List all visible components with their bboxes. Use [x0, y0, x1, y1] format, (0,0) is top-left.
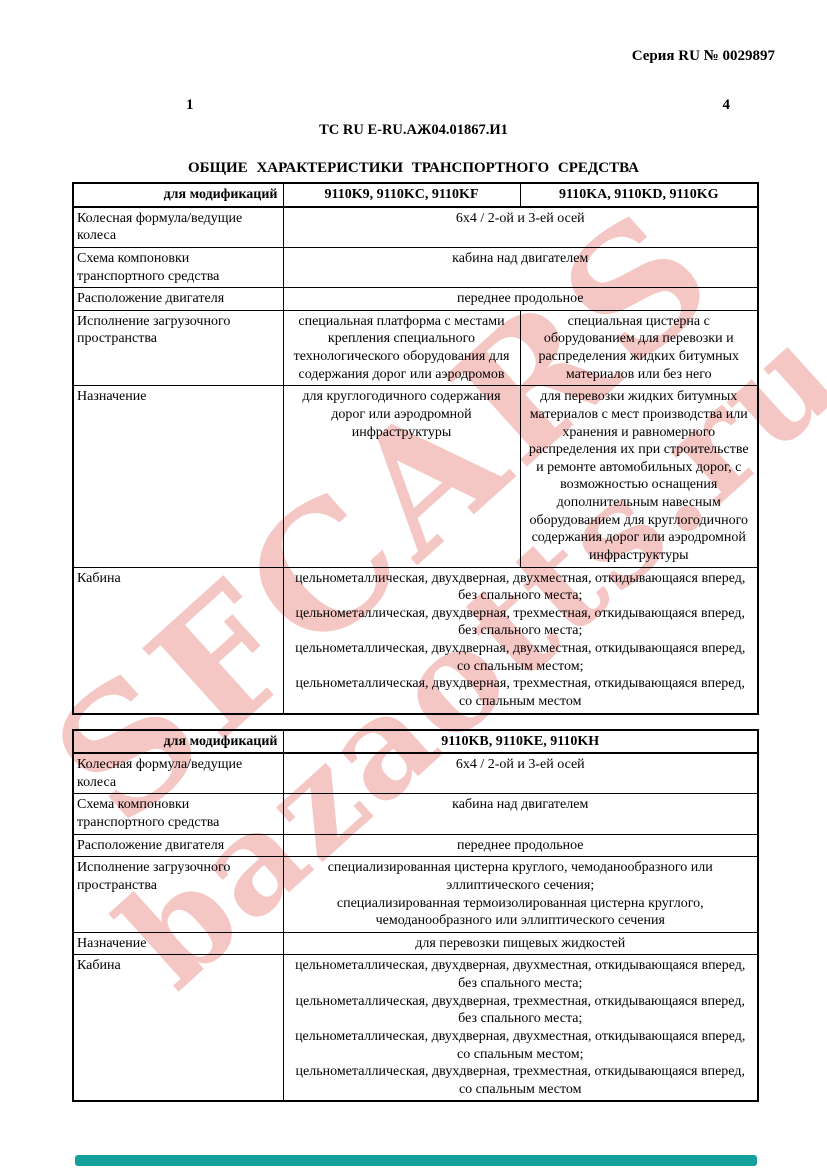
table-row: Назначение для перевозки пищевых жидкост… — [73, 932, 758, 955]
row-value: 6х4 / 2-ой и 3-ей осей — [283, 207, 758, 248]
horizontal-scrollbar[interactable] — [75, 1155, 757, 1166]
page-number-right: 4 — [723, 97, 731, 114]
row-label: Кабина — [73, 955, 283, 1102]
row-label: Колесная формула/ведущие колеса — [73, 753, 283, 794]
table-row: Кабина цельнометаллическая, двухдверная,… — [73, 955, 758, 1102]
row-label: Исполнение загрузочного пространства — [73, 310, 283, 386]
t1-header-mods-1: 9110K9, 9110KC, 9110KF — [283, 183, 520, 207]
t2-header-mods: 9110KB, 9110KE, 9110KH — [283, 730, 758, 754]
table-row: Расположение двигателя переднее продольн… — [73, 834, 758, 857]
table-row: Расположение двигателя переднее продольн… — [73, 288, 758, 311]
row-label: Схема компоновки транспортного средства — [73, 794, 283, 834]
row-label: Схема компоновки транспортного средства — [73, 247, 283, 287]
row-label: Исполнение загрузочного пространства — [73, 857, 283, 933]
row-value-col2: специальная цистерна с оборудованием для… — [520, 310, 758, 386]
row-value: кабина над двигателем — [283, 794, 758, 834]
row-label: Назначение — [73, 932, 283, 955]
row-value-col2: для перевозки жидких битумных материалов… — [520, 386, 758, 567]
table-row: Колесная формула/ведущие колеса 6х4 / 2-… — [73, 207, 758, 248]
page-number-left: 1 — [186, 97, 194, 114]
row-label: Расположение двигателя — [73, 288, 283, 311]
table-row: Назначение для круглогодичного содержани… — [73, 386, 758, 567]
document-page: SFCARS bazaotts.ru Серия RU № 0029897 1 … — [0, 0, 827, 1170]
table-row: Схема компоновки транспортного средства … — [73, 794, 758, 834]
row-label: Назначение — [73, 386, 283, 567]
table-row: Исполнение загрузочного пространства спе… — [73, 310, 758, 386]
table-row: для модификаций 9110KB, 9110KE, 9110KH — [73, 730, 758, 754]
row-value: кабина над двигателем — [283, 247, 758, 287]
table-gap — [0, 715, 827, 729]
series-number: Серия RU № 0029897 — [0, 0, 827, 65]
row-value: переднее продольное — [283, 834, 758, 857]
row-label: Колесная формула/ведущие колеса — [73, 207, 283, 248]
row-value-col1: для круглогодичного содержания дорог или… — [283, 386, 520, 567]
table-row: для модификаций 9110K9, 9110KC, 9110KF 9… — [73, 183, 758, 207]
row-value: для перевозки пищевых жидкостей — [283, 932, 758, 955]
section-title: ОБЩИЕ ХАРАКТЕРИСТИКИ ТРАНСПОРТНОГО СРЕДС… — [0, 160, 827, 177]
row-value-col1: специальная платформа с местами креплени… — [283, 310, 520, 386]
table-row: Колесная формула/ведущие колеса 6х4 / 2-… — [73, 753, 758, 794]
t1-header-label: для модификаций — [73, 183, 283, 207]
table-row: Схема компоновки транспортного средства … — [73, 247, 758, 287]
row-label: Кабина — [73, 567, 283, 714]
row-value: переднее продольное — [283, 288, 758, 311]
document-content: Серия RU № 0029897 1 4 ТС RU E-RU.АЖ04.0… — [0, 0, 827, 1102]
t2-header-label: для модификаций — [73, 730, 283, 754]
spec-table-1: для модификаций 9110K9, 9110KC, 9110KF 9… — [72, 182, 759, 715]
document-number: ТС RU E-RU.АЖ04.01867.И1 — [0, 122, 827, 139]
t1-header-mods-2: 9110KA, 9110KD, 9110KG — [520, 183, 758, 207]
spec-table-2: для модификаций 9110KB, 9110KE, 9110KH К… — [72, 729, 759, 1103]
row-label: Расположение двигателя — [73, 834, 283, 857]
row-value: цельнометаллическая, двухдверная, двухме… — [283, 567, 758, 714]
row-value: специализированная цистерна круглого, че… — [283, 857, 758, 933]
row-value: цельнометаллическая, двухдверная, двухме… — [283, 955, 758, 1102]
table-row: Кабина цельнометаллическая, двухдверная,… — [73, 567, 758, 714]
table-row: Исполнение загрузочного пространства спе… — [73, 857, 758, 933]
page-numbers: 1 4 — [0, 65, 827, 114]
row-value: 6х4 / 2-ой и 3-ей осей — [283, 753, 758, 794]
